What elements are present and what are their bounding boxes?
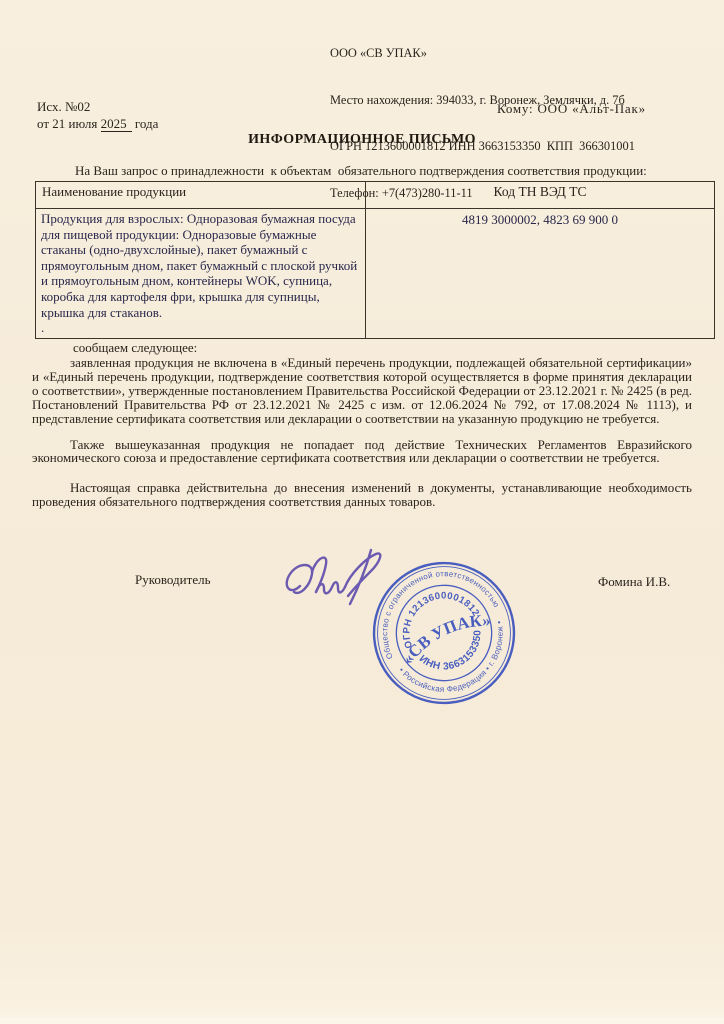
intro-line: На Ваш запрос о принадлежности к объекта… <box>35 163 695 179</box>
code-cell: 4819 3000002, 4823 69 900 0 <box>366 209 715 339</box>
date-year-underlined: 2025 <box>101 116 132 132</box>
signer-name-label: Фомина И.В. <box>598 574 670 590</box>
recipient-line: Кому: ООО «Альт-Пак» <box>497 101 646 117</box>
outgoing-number: Исх. №02 <box>37 98 158 115</box>
outgoing-block: Исх. №02 от 21 июля 2025 года <box>37 98 158 132</box>
document-page: ООО «СВ УПАК» Место нахождения: 394033, … <box>0 0 724 1024</box>
body-text: заявленная продукция не включена в «Един… <box>32 356 692 521</box>
company-stamp: Общество с ограниченной ответственностью… <box>371 560 517 706</box>
signer-role-label: Руководитель <box>135 572 211 588</box>
table-row: Продукция для взрослых: Одноразовая бума… <box>36 209 715 339</box>
document-title: ИНФОРМАЦИОННОЕ ПИСЬМО <box>0 132 724 148</box>
paragraph-certification: заявленная продукция не включена в «Един… <box>32 356 692 426</box>
lead-line: сообщаем следующее: <box>35 340 197 356</box>
paragraph-validity: Настоящая справка действительна до внесе… <box>32 481 692 509</box>
products-table: Наименование продукции Код ТН ВЭД ТС Про… <box>35 181 715 339</box>
product-cell: Продукция для взрослых: Одноразовая бума… <box>36 209 366 339</box>
product-cell-note: . <box>41 320 360 336</box>
table-header-product: Наименование продукции <box>36 182 366 209</box>
paragraph-eaeu: Также вышеуказанная продукция не попадае… <box>32 438 692 466</box>
table-header-row: Наименование продукции Код ТН ВЭД ТС <box>36 182 715 209</box>
letterhead-company: ООО «СВ УПАК» <box>330 46 635 62</box>
table-header-code: Код ТН ВЭД ТС <box>366 182 715 209</box>
outgoing-date: от 21 июля 2025 года <box>37 115 158 132</box>
